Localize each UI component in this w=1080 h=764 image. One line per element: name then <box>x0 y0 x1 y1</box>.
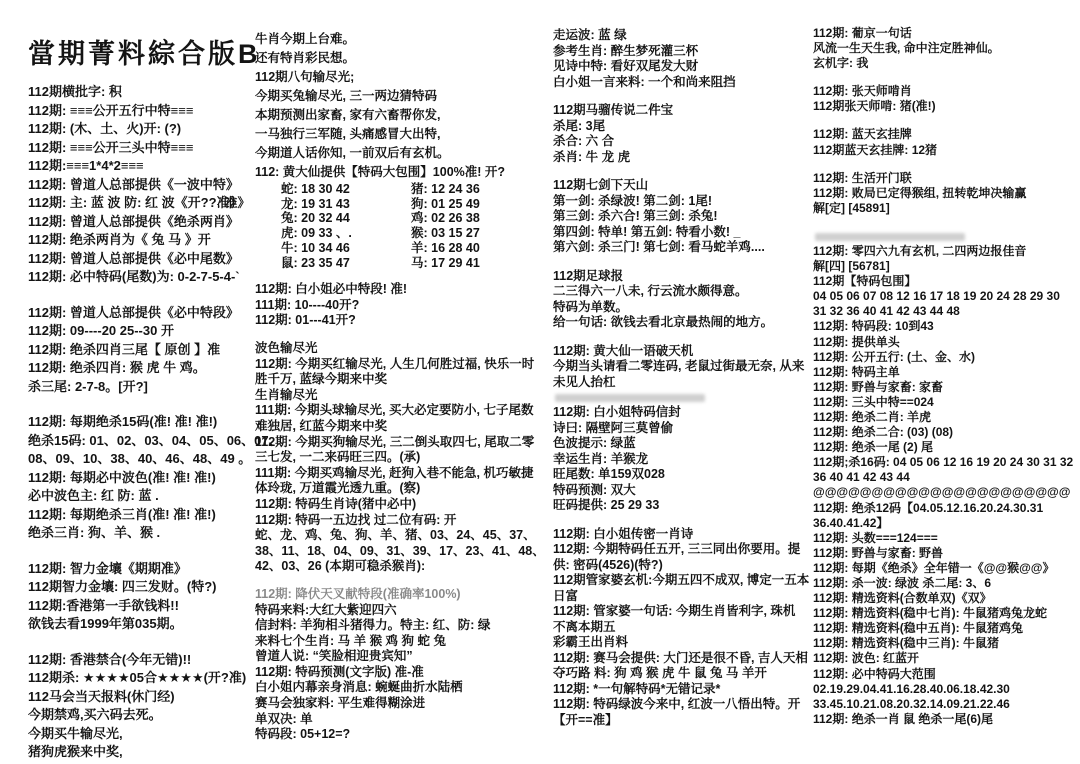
text-line: 给一句话: 欲钱去看北京最热闹的地方。 <box>553 315 808 331</box>
text-line: 112期: 今期买红输尽光, 人生几何胜过福, 快乐一时 <box>255 357 523 373</box>
lottery-tip-sheet-page: 當期菁料綜合版B112期横批字: 积112期: ≡≡≡公开五行中特≡≡≡112期… <box>0 0 1080 764</box>
zodiac-table-row: 鼠: 23 35 47马: 17 29 41 <box>281 256 523 271</box>
text-line: 白小姐内幕亲身消息: 蜿蜒曲折水陆栖 <box>255 680 523 696</box>
text-line: 112期: 生活开门联 <box>813 171 1075 186</box>
text-line: 112期: 白小姐必中特段! 准! <box>255 282 523 298</box>
text-line: 112期: 每期绝杀三肖(准! 准! 准!) <box>28 506 256 525</box>
text-line: 112期智力金壤: 四三发财。(特?) <box>28 578 256 597</box>
text-line: 必中波色主: 红 防: 蓝 . <box>28 487 256 506</box>
text-line: 112期: (木、土、火)开: (?) <box>28 120 256 139</box>
text-line: 36.40.41.42】 <box>813 516 1075 531</box>
text-line: 112期: 主: 蓝 波 防: 红 波《开??准》 <box>28 194 256 213</box>
text-line: 玄机字: 我 <box>813 56 1075 71</box>
text-line: 112期: 杀一波: 绿波 杀二尾: 3、6 <box>813 576 1075 591</box>
text-line: 42、03、26 (本期可稳杀猴肖): <box>255 559 523 575</box>
stray-overflow-text: 准》 <box>225 196 250 211</box>
text-line: 第三剑: 杀六合! 第三剑: 杀兔! <box>553 209 808 225</box>
column-2: 牛肖今期上台难。还有特肖彩民想。112期八句输尽光;今期买兔输尽光, 三一两边猜… <box>255 30 523 743</box>
text-line: 36 40 41 42 43 44 <box>813 470 1075 485</box>
text-line: 112期: 公开五行: (土、金、水) <box>813 350 1075 365</box>
block-gap <box>28 396 256 413</box>
text-line: 蛇、龙、鸡、兔、狗、羊、猪、03、24、45、37、 <box>255 528 523 544</box>
text-line: 今期道人话你知, 一前双后有玄机。 <box>255 144 523 163</box>
text-line: 走运波: 蓝 绿 <box>553 28 808 44</box>
text-line: 112期: 精选资料(稳中三肖): 牛鼠猪 <box>813 636 1075 651</box>
column-3: 走运波: 蓝 绿参考生肖: 醉生梦死灌三杯见诗中特: 看好双尾发大财白小姐一言来… <box>553 28 808 728</box>
text-line: 08、09、10、38、40、46、48、49 。 <box>28 450 256 469</box>
text-line: 112期马骝传说二件宝 <box>553 103 808 119</box>
zodiac-cell: 蛇: 18 30 42 <box>281 182 399 197</box>
block-gap <box>813 114 1075 127</box>
text-line: 112期: 09----20 25--30 开 <box>28 322 256 341</box>
text-line: 112期: 黄大仙一语破天机 <box>553 344 808 360</box>
text-line: 112期: 香港禁合(今年无错)!! <box>28 651 256 670</box>
block-gap <box>553 331 808 344</box>
text-line: 猪狗虎猴来中奖, <box>28 743 256 762</box>
text-line: 112期: 智力金壤《期期准》 <box>28 560 256 579</box>
text-line: 112期: 头数===124=== <box>813 531 1075 546</box>
text-line: 112期: 野兽与家畜: 野兽 <box>813 546 1075 561</box>
text-line: 杀尾: 3尾 <box>553 119 808 135</box>
page-title: 當期菁料綜合版B <box>28 32 256 71</box>
text-line: 112期: 精选资料(合数单双)《双》 <box>813 591 1075 606</box>
text-line: 112期:香港第一手欲钱料!! <box>28 597 256 616</box>
block-gap <box>255 329 523 341</box>
text-line: 112马会当天报料(休门经) <box>28 688 256 707</box>
text-line: 112期: 特码一五边找 过二位有码: 开 <box>255 513 523 529</box>
text-line: 112期: 特码主单 <box>813 365 1075 380</box>
text-line: 112期: 特码生肖诗(猪中必中) <box>255 497 523 513</box>
text-line: @@@@@@@@@@@@@@@@@@@@@@ <box>813 485 1075 500</box>
text-line: 112期八句输尽光; <box>255 68 523 87</box>
text-line: 112期: 曾道人总部提供《一波中特》 <box>28 176 256 195</box>
zodiac-table-row: 牛: 10 34 46羊: 16 28 40 <box>281 241 523 256</box>
text-line: 112期: 绝杀两肖为《 兔 马 》开 <box>28 231 256 250</box>
text-line: 112期: 绝杀二肖: 羊虎 <box>813 410 1075 425</box>
text-line: 112期横批字: 积 <box>28 83 256 102</box>
text-line: 幸运生肖: 羊猴龙 <box>553 452 808 468</box>
zodiac-table-row: 蛇: 18 30 42猪: 12 24 36 <box>281 182 523 197</box>
text-line: 夺巧路 料: 狗 鸡 猴 虎 牛 鼠 兔 马 羊开 <box>553 666 808 682</box>
text-line: 111期: 10----40开? <box>255 298 523 314</box>
text-line: 白小姐一言来料: 一个和尚来阻挡 <box>553 75 808 91</box>
block-gap <box>28 287 256 304</box>
text-line: 112期: 提供单头 <box>813 335 1075 350</box>
text-line: 今期禁鸡,买六码去死。 <box>28 706 256 725</box>
text-line: 112期: 绝杀四肖: 猴 虎 牛 鸡。 <box>28 359 256 378</box>
text-line: 112期: 绝杀二合: (03) (08) <box>813 425 1075 440</box>
text-line: 欲钱去看1999年第035期。 <box>28 615 256 634</box>
text-line: 来料七个生肖: 马 羊 猴 鸡 狗 蛇 兔 <box>255 634 523 650</box>
text-line: 112期: 绝杀一尾 (2) 尾 <box>813 440 1075 455</box>
block-gap <box>553 256 808 269</box>
zodiac-cell: 兔: 20 32 44 <box>281 211 399 226</box>
text-line: 38、11、18、04、09、31、39、17、23、41、48、 <box>255 544 523 560</box>
zodiac-cell: 猴: 03 15 27 <box>411 226 480 241</box>
text-line: 还有特肖彩民想。 <box>255 49 523 68</box>
text-line: 特码段: 05+12=? <box>255 727 523 743</box>
text-line: 今期买牛输尽光, <box>28 725 256 744</box>
block-gap <box>553 165 808 178</box>
text-line: 02.19.29.04.41.16.28.40.06.18.42.30 <box>813 682 1075 697</box>
text-line: 体玲珑, 万道霞光透九重。(察) <box>255 481 523 497</box>
text-line: 112期: ≡≡≡公开五行中特≡≡≡ <box>28 102 256 121</box>
text-line: 112: 黄大仙提供【特码大包围】100%准! 开? <box>255 163 523 182</box>
text-line: 波色输尽光 <box>255 341 523 357</box>
text-line: 杀肖: 牛 龙 虎 <box>553 150 808 166</box>
text-line: 旺码提供: 25 29 33 <box>553 498 808 514</box>
text-line: 本期预测出家畜, 家有六畜帮你发, <box>255 106 523 125</box>
text-line: 112期: 特码预测(文字版) 准-准 <box>255 665 523 681</box>
text-line: 112期【特码包围】 <box>813 274 1075 289</box>
text-line: 112期: 野兽与家畜: 家畜 <box>813 380 1075 395</box>
text-line: 112期: 曾道人总部提供《必中特段》 <box>28 304 256 323</box>
text-line: 特码为单数。 <box>553 300 808 316</box>
text-line: 不离本期五 <box>553 620 808 636</box>
text-line: 04 05 06 07 08 12 16 17 18 19 20 24 28 2… <box>813 289 1075 304</box>
text-line: 112期: 今期特码任五开, 三三同出你要用。提 <box>553 542 808 558</box>
zodiac-cell: 虎: 09 33 、. <box>281 226 399 241</box>
text-line: 特码来料:大红大紫迎四六 <box>255 603 523 619</box>
text-line: 第一剑: 杀绿波! 第二剑: 1尾! <box>553 194 808 210</box>
column-1: 當期菁料綜合版B112期横批字: 积112期: ≡≡≡公开五行中特≡≡≡112期… <box>28 26 256 762</box>
text-line: 单双决: 单 <box>255 712 523 728</box>
text-line: 112期: 三头中特==024 <box>813 395 1075 410</box>
text-line: 112期: 必中特码(尾数)为: 0-2-7-5-4-` <box>28 268 256 287</box>
block-gap <box>813 216 1075 229</box>
block-gap <box>255 575 523 587</box>
block-gap <box>813 71 1075 84</box>
text-line: 112期: 管家婆一句话: 今期生肖皆利字, 珠机 <box>553 604 808 620</box>
text-line: 112期: 绝杀一肖 鼠 绝杀一尾(6)尾 <box>813 712 1075 727</box>
zodiac-table-row: 虎: 09 33 、.猴: 03 15 27 <box>281 226 523 241</box>
text-line: 112期: 每期必中波色(准! 准! 准!) <box>28 469 256 488</box>
zodiac-cell: 马: 17 29 41 <box>411 256 480 271</box>
zodiac-cell: 牛: 10 34 46 <box>281 241 399 256</box>
text-line: 曾道人说: “笑脸相迎贵宾知” <box>255 649 523 665</box>
text-line: 112期: 蓝天玄挂牌 <box>813 127 1075 142</box>
text-line: 112期足球报 <box>553 269 808 285</box>
text-line: 112期: 今期买狗输尽光, 三二倒头取四七, 尾取二零 <box>255 435 523 451</box>
text-line: 112期;杀16码: 04 05 06 12 16 19 20 24 30 31… <box>813 455 1075 470</box>
text-line: 色波提示: 绿蓝 <box>553 436 808 452</box>
text-line: 112期: 曾道人总部提供《必中尾数》 <box>28 250 256 269</box>
text-line: 112期: 张天师啃肖 <box>813 84 1075 99</box>
text-line: 112期管家婆玄机:今期五四不成双, 博定一五本 <box>553 573 808 589</box>
text-line: 未见人抬杠 <box>553 375 808 391</box>
text-line: 难独居, 红蓝今期来中奖 <box>255 419 523 435</box>
zodiac-cell: 龙: 19 31 43 <box>281 197 399 212</box>
text-line: 33.45.10.21.08.20.32.14.09.21.22.46 <box>813 697 1075 712</box>
zodiac-table-row: 兔: 20 32 44鸡: 02 26 38 <box>281 211 523 226</box>
text-line: 今期当头请看二零连码, 老鼠过街最无奈, 从来 <box>553 359 808 375</box>
column-4: 112期: 葡京一句话风流一生天生我, 命中注定胜神仙。玄机字: 我112期: … <box>813 26 1075 727</box>
text-line: 彩霸王出肖料 <box>553 635 808 651</box>
text-line: 112期: 赛马会提供: 大门还是很不昏, 吉人天相 <box>553 651 808 667</box>
illegible-smudge <box>815 233 965 241</box>
text-line: 31 32 36 40 41 42 43 44 48 <box>813 304 1075 319</box>
text-line: 解[定] [45891] <box>813 201 1075 216</box>
text-line: 112期杀: ★★★★05合★★★★(开?准) <box>28 669 256 688</box>
text-line: 112期: 零四六九有玄机, 二四两边报佳音 <box>813 244 1075 259</box>
text-line: 牛肖今期上台难。 <box>255 30 523 49</box>
text-line: 112期七剑下天山 <box>553 178 808 194</box>
text-line: 参考生肖: 醉生梦死灌三杯 <box>553 44 808 60</box>
text-line: 见诗中特: 看好双尾发大财 <box>553 59 808 75</box>
text-line: 一马独行三军随, 头痛感冒大出特, <box>255 125 523 144</box>
text-line: 112期: 波色: 红蓝开 <box>813 651 1075 666</box>
text-line: 风流一生天生我, 命中注定胜神仙。 <box>813 41 1075 56</box>
text-line: 第六剑: 杀三门! 第七剑: 看马蛇羊鸡.... <box>553 240 808 256</box>
block-gap <box>255 270 523 282</box>
illegible-smudge <box>555 394 705 402</box>
block-gap <box>813 158 1075 171</box>
text-line: 信封料: 羊狗相斗猪得力。特主: 红、防: 绿 <box>255 618 523 634</box>
text-line: 112期: *一句解特码*无错记录* <box>553 682 808 698</box>
text-line: 日富 <box>553 589 808 605</box>
text-line: 【开==准】 <box>553 713 808 729</box>
text-line: 解[四] [56781] <box>813 259 1075 274</box>
block-gap <box>553 90 808 103</box>
text-line: 112期: 曾道人总部提供《绝杀两肖》 <box>28 213 256 232</box>
zodiac-number-table: 蛇: 18 30 42猪: 12 24 36准》龙: 19 31 43狗: 01… <box>255 182 523 270</box>
text-line: 赛马会独家料: 平生难得糊涂进 <box>255 696 523 712</box>
block-gap <box>553 514 808 527</box>
text-line: 112期: 特码段: 10到43 <box>813 319 1075 334</box>
block-gap <box>28 543 256 560</box>
text-line: 111期: 今期买鸡输尽光, 赶狗入巷不能急, 机巧敏捷 <box>255 466 523 482</box>
text-line: 112期: 败局已定得猴组, 扭转乾坤决输赢 <box>813 186 1075 201</box>
text-line: 绝杀三肖: 狗、羊、猴 . <box>28 524 256 543</box>
text-line: 旺尾数: 单159双028 <box>553 467 808 483</box>
zodiac-table-row: 准》龙: 19 31 43狗: 01 25 49 <box>281 197 523 212</box>
text-line: 111期: 今期头球输尽光, 买大必定要防小, 七子尾数 <box>255 403 523 419</box>
text-line: 三七发, 一二来码旺三四。(承) <box>255 450 523 466</box>
block-gap <box>28 634 256 651</box>
text-line: 杀合: 六 合 <box>553 134 808 150</box>
text-line: 112期: 葡京一句话 <box>813 26 1075 41</box>
text-line: 112期: 精选资料(稳中五肖): 牛鼠猪鸡兔 <box>813 621 1075 636</box>
text-line: 112期: 绝杀12码【04.05.12.16.20.24.30.31 <box>813 501 1075 516</box>
text-line: 112期: 01---41开? <box>255 313 523 329</box>
text-line: 112期: 降伏天叉献特段(准确率100%) <box>255 587 523 603</box>
text-line: 胜千万, 蓝绿今期来中奖 <box>255 372 523 388</box>
text-line: 112期: 绝杀四肖三尾【 原创 】准 <box>28 341 256 360</box>
zodiac-cell: 鼠: 23 35 47 <box>281 256 399 271</box>
text-line: 112期: 白小姐传密一肖诗 <box>553 527 808 543</box>
zodiac-cell: 猪: 12 24 36 <box>411 182 480 197</box>
zodiac-cell: 狗: 01 25 49 <box>411 197 480 212</box>
text-line: 112期: 必中特码大范围 <box>813 667 1075 682</box>
text-line: 112期: ≡≡≡公开三头中特≡≡≡ <box>28 139 256 158</box>
text-line: 生肖输尽光 <box>255 388 523 404</box>
text-line: 绝杀15码: 01、02、03、04、05、06、07、 <box>28 432 256 451</box>
text-line: 第四剑: 特单! 第五剑: 特看小数! _ <box>553 225 808 241</box>
text-line: 二三得六一八未, 行云流水颇得意。 <box>553 284 808 300</box>
zodiac-cell: 羊: 16 28 40 <box>411 241 480 256</box>
text-line: 今期买兔输尽光, 三一两边猜特码 <box>255 87 523 106</box>
text-line: 112期张天师啃: 猪(准!) <box>813 99 1075 114</box>
zodiac-cell: 鸡: 02 26 38 <box>411 211 480 226</box>
text-line: 供: 密码(4526)(特?) <box>553 558 808 574</box>
text-line: 特码预测: 双大 <box>553 483 808 499</box>
text-line: 112期: 每期《绝杀》全年错一《@@猴@@》 <box>813 561 1075 576</box>
text-line: 诗曰: 隔壁阿三莫曾偷 <box>553 421 808 437</box>
text-line: 杀三尾: 2-7-8。[开?] <box>28 378 256 397</box>
text-line: 112期: 白小姐特码信封 <box>553 405 808 421</box>
text-line: 112期蓝天玄挂牌: 12猪 <box>813 143 1075 158</box>
text-line: 112期: 特码绿波今来中, 红波一八悟出特。开 <box>553 697 808 713</box>
text-line: 112期: 每期绝杀15码(准! 准! 准!) <box>28 413 256 432</box>
text-line: 112期:≡≡≡1*4*2≡≡≡ <box>28 157 256 176</box>
text-line: 112期: 精选资料(稳中七肖): 牛鼠猪鸡兔龙蛇 <box>813 606 1075 621</box>
